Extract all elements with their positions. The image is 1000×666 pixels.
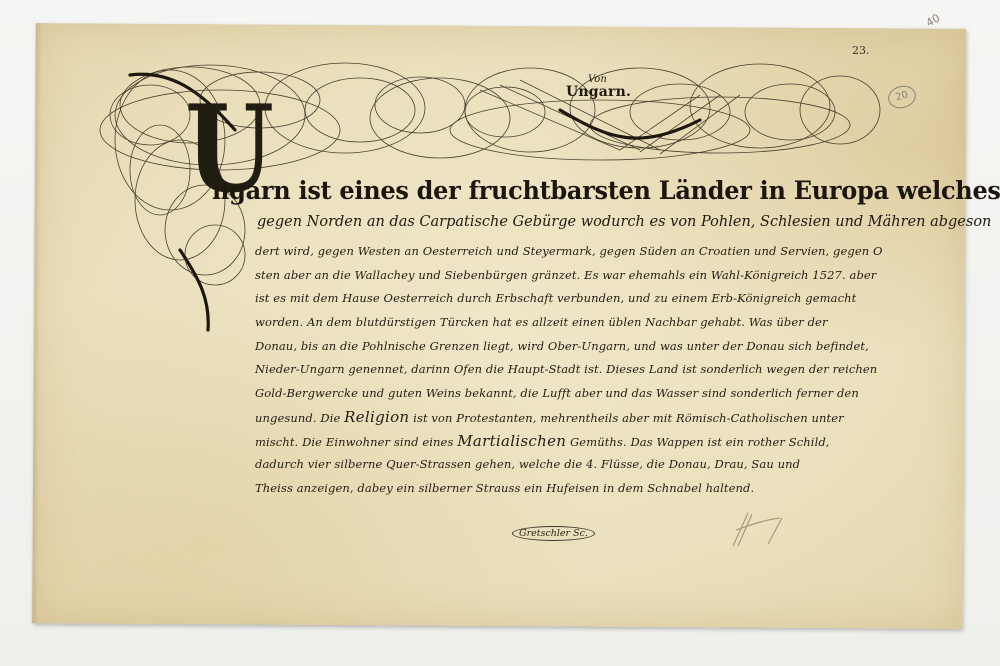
body-line: ungesund. Die Religion ist von Protestan… <box>255 406 915 430</box>
line-text: sten aber an die Wallachey und Siebenbür… <box>255 268 876 282</box>
body-line: dadurch vier silberne Quer-Strassen gehe… <box>255 453 915 477</box>
line-text: Nieder-Ungarn genennet, darinn Ofen die … <box>255 362 877 376</box>
line-text: dert wird, gegen Westen an Oesterreich u… <box>255 244 883 258</box>
line-text: worden. An dem blutdürstigen Türcken hat… <box>255 315 828 329</box>
line-text: Gold-Bergwercke und guten Weins bekannt,… <box>255 386 859 400</box>
body-line: Donau, bis an die Pohlnische Grenzen lie… <box>255 335 915 359</box>
body-line: Nieder-Ungarn genennet, darinn Ofen die … <box>255 358 915 382</box>
body-line: mischt. Die Einwohner sind eines Martial… <box>255 430 915 454</box>
pencil-scribble-icon <box>718 508 788 548</box>
line-text: ist von Protestanten, mehrentheils aber … <box>409 411 843 425</box>
emphasized-word: Martialischen <box>457 432 566 450</box>
body-line: Gold-Bergwercke und guten Weins bekannt,… <box>255 382 915 406</box>
line-text: ungesund. Die <box>255 411 344 425</box>
page-title: Ungarn. <box>566 84 631 100</box>
body-line: Theiss anzeigen, dabey ein silberner Str… <box>255 477 915 501</box>
page-number: 23. <box>852 44 870 57</box>
line-text: dadurch vier silberne Quer-Strassen gehe… <box>255 457 800 471</box>
body-line: ist es mit dem Hause Oesterreich durch E… <box>255 287 915 311</box>
line-text: Donau, bis an die Pohlnische Grenzen lie… <box>255 339 869 353</box>
subline-text: gegen Norden an das Carpatische Gebürge … <box>257 214 991 230</box>
line-text: mischt. Die Einwohner sind eines <box>255 435 457 449</box>
headline-text: ngarn ist eines der fruchtbarsten Länder… <box>212 176 1000 205</box>
body-line: dert wird, gegen Westen an Oesterreich u… <box>255 240 915 264</box>
line-text: Theiss anzeigen, dabey ein silberner Str… <box>255 481 754 495</box>
body-text: dert wird, gegen Westen an Oesterreich u… <box>255 240 915 501</box>
engraver-signature: Gretschler Sc. <box>512 526 595 541</box>
line-text: ist es mit dem Hause Oesterreich durch E… <box>255 291 856 305</box>
body-line: worden. An dem blutdürstigen Türcken hat… <box>255 311 915 335</box>
body-line: sten aber an die Wallachey und Siebenbür… <box>255 264 915 288</box>
line-text: Gemüths. Das Wappen ist ein rother Schil… <box>566 435 829 449</box>
emphasized-word: Religion <box>344 408 409 426</box>
